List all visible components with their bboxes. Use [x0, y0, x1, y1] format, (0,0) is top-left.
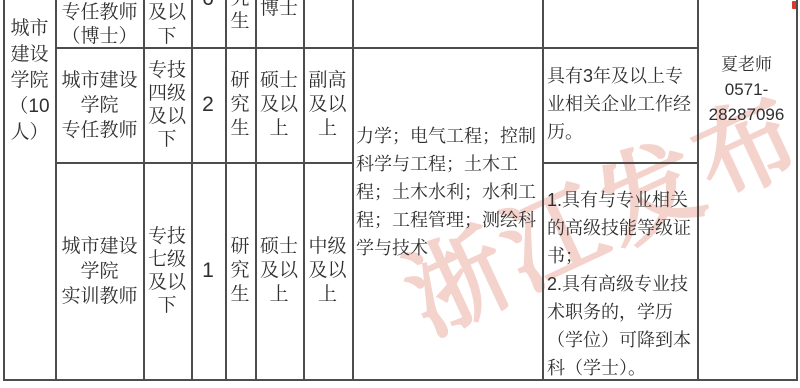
row2-rank-cell: 专技四级及以下	[144, 48, 190, 162]
row1-count-cell: 6	[192, 0, 224, 47]
row3-count-cell: 1	[192, 163, 224, 379]
row2-requirements-cell: 具有3年及以上专业相关企业工作经历。	[547, 62, 694, 146]
row2-title-cell: 副高及以上	[304, 48, 351, 162]
grid-line	[796, 0, 798, 381]
row1-education-cell: 研究生	[226, 0, 254, 47]
recruitment-table-page: 浙江发布 城市 建设 学院 （10 人） 专任教师 （博士） 及以下 6 研究生…	[0, 0, 800, 388]
row1-count-value: 6	[192, 0, 224, 11]
row1-position-cell: 专任教师 （博士）	[57, 1, 142, 49]
college-cell: 城市 建设 学院 （10 人）	[4, 16, 55, 146]
row3-requirements-cell: 1.具有与专业相关的高级技能等级证书； 2.具有高级专业技术职务的，学历（学位）…	[547, 186, 694, 382]
row2-education-cell: 研究生	[226, 48, 254, 162]
row1-degree-cell: 博士	[256, 0, 302, 47]
row3-title-cell: 中级及以上	[304, 163, 351, 379]
contact-cell: 夏老师 0571-28287096	[699, 52, 794, 127]
row3-education-cell: 研究生	[226, 163, 254, 379]
grid-line	[352, 0, 354, 381]
row1-rank-cell: 及以下	[144, 1, 190, 49]
grid-line	[542, 0, 544, 381]
row1-education-value: 研究生	[226, 0, 254, 33]
row1-degree-value: 博士	[256, 0, 302, 20]
contact-phone: 0571-28287096	[699, 77, 794, 127]
row3-position-cell: 城市建设 学院 实训教师	[57, 163, 142, 379]
grid-line	[542, 162, 698, 164]
row3-degree-cell: 硕士及以上	[256, 163, 302, 379]
row2-position-cell: 城市建设 学院 专任教师	[57, 48, 142, 162]
row2-count-cell: 2	[192, 48, 224, 162]
majors-cell: 力学；电气工程；控制科学与工程；土木工程；土木水利；水利工程；工程管理；测绘科学…	[356, 122, 540, 262]
row2-degree-cell: 硕士及以上	[256, 48, 302, 162]
row3-rank-cell: 专技七级及以下	[144, 163, 190, 379]
contact-name: 夏老师	[699, 52, 794, 77]
